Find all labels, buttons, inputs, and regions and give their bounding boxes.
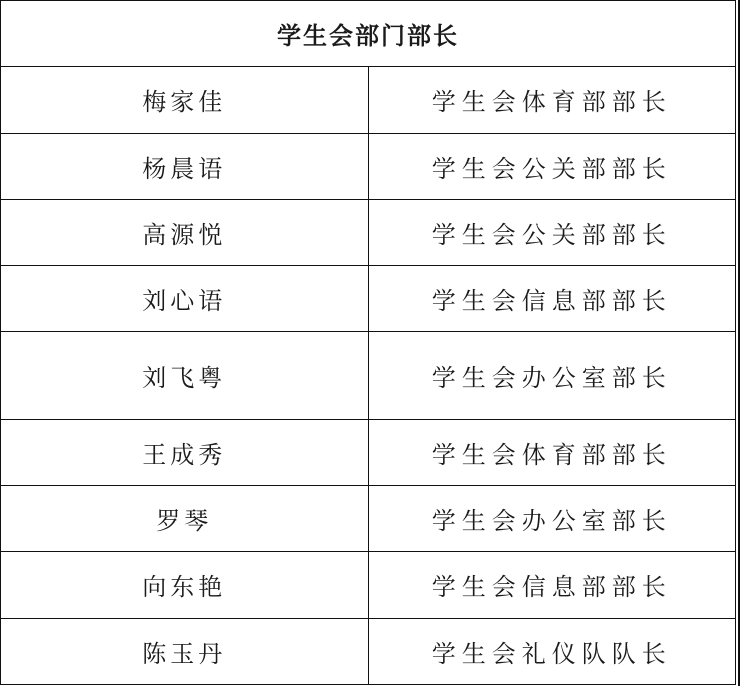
position-cell: 学生会办公室部长 [368, 486, 736, 552]
department-heads-table: 学生会部门部长 梅家佳 学生会体育部部长 杨晨语 学生会公关部部长 高源悦 学生… [0, 0, 736, 685]
position-cell: 学生会信息部部长 [368, 266, 736, 332]
table-row: 向东艳 学生会信息部部长 [1, 552, 736, 618]
name-cell: 王成秀 [1, 419, 369, 485]
name-cell: 刘飞粤 [1, 332, 369, 419]
table-row: 刘心语 学生会信息部部长 [1, 266, 736, 332]
table-outer-border [738, 0, 740, 686]
position-cell: 学生会公关部部长 [368, 199, 736, 265]
name-cell: 高源悦 [1, 199, 369, 265]
table-row: 刘飞粤 学生会办公室部长 [1, 332, 736, 419]
name-cell: 向东艳 [1, 552, 369, 618]
name-cell: 梅家佳 [1, 67, 369, 133]
position-cell: 学生会公关部部长 [368, 133, 736, 199]
table-row: 罗琴 学生会办公室部长 [1, 486, 736, 552]
table-row: 陈玉丹 学生会礼仪队队长 [1, 618, 736, 684]
name-cell: 陈玉丹 [1, 618, 369, 684]
table-row: 高源悦 学生会公关部部长 [1, 199, 736, 265]
table-row: 杨晨语 学生会公关部部长 [1, 133, 736, 199]
name-cell: 刘心语 [1, 266, 369, 332]
name-cell: 罗琴 [1, 486, 369, 552]
position-cell: 学生会信息部部长 [368, 552, 736, 618]
position-cell: 学生会办公室部长 [368, 332, 736, 419]
table-header-row: 学生会部门部长 [1, 1, 736, 67]
table-row: 王成秀 学生会体育部部长 [1, 419, 736, 485]
position-cell: 学生会礼仪队队长 [368, 618, 736, 684]
name-cell: 杨晨语 [1, 133, 369, 199]
table-row: 梅家佳 学生会体育部部长 [1, 67, 736, 133]
position-cell: 学生会体育部部长 [368, 67, 736, 133]
position-cell: 学生会体育部部长 [368, 419, 736, 485]
table-title: 学生会部门部长 [1, 1, 736, 67]
